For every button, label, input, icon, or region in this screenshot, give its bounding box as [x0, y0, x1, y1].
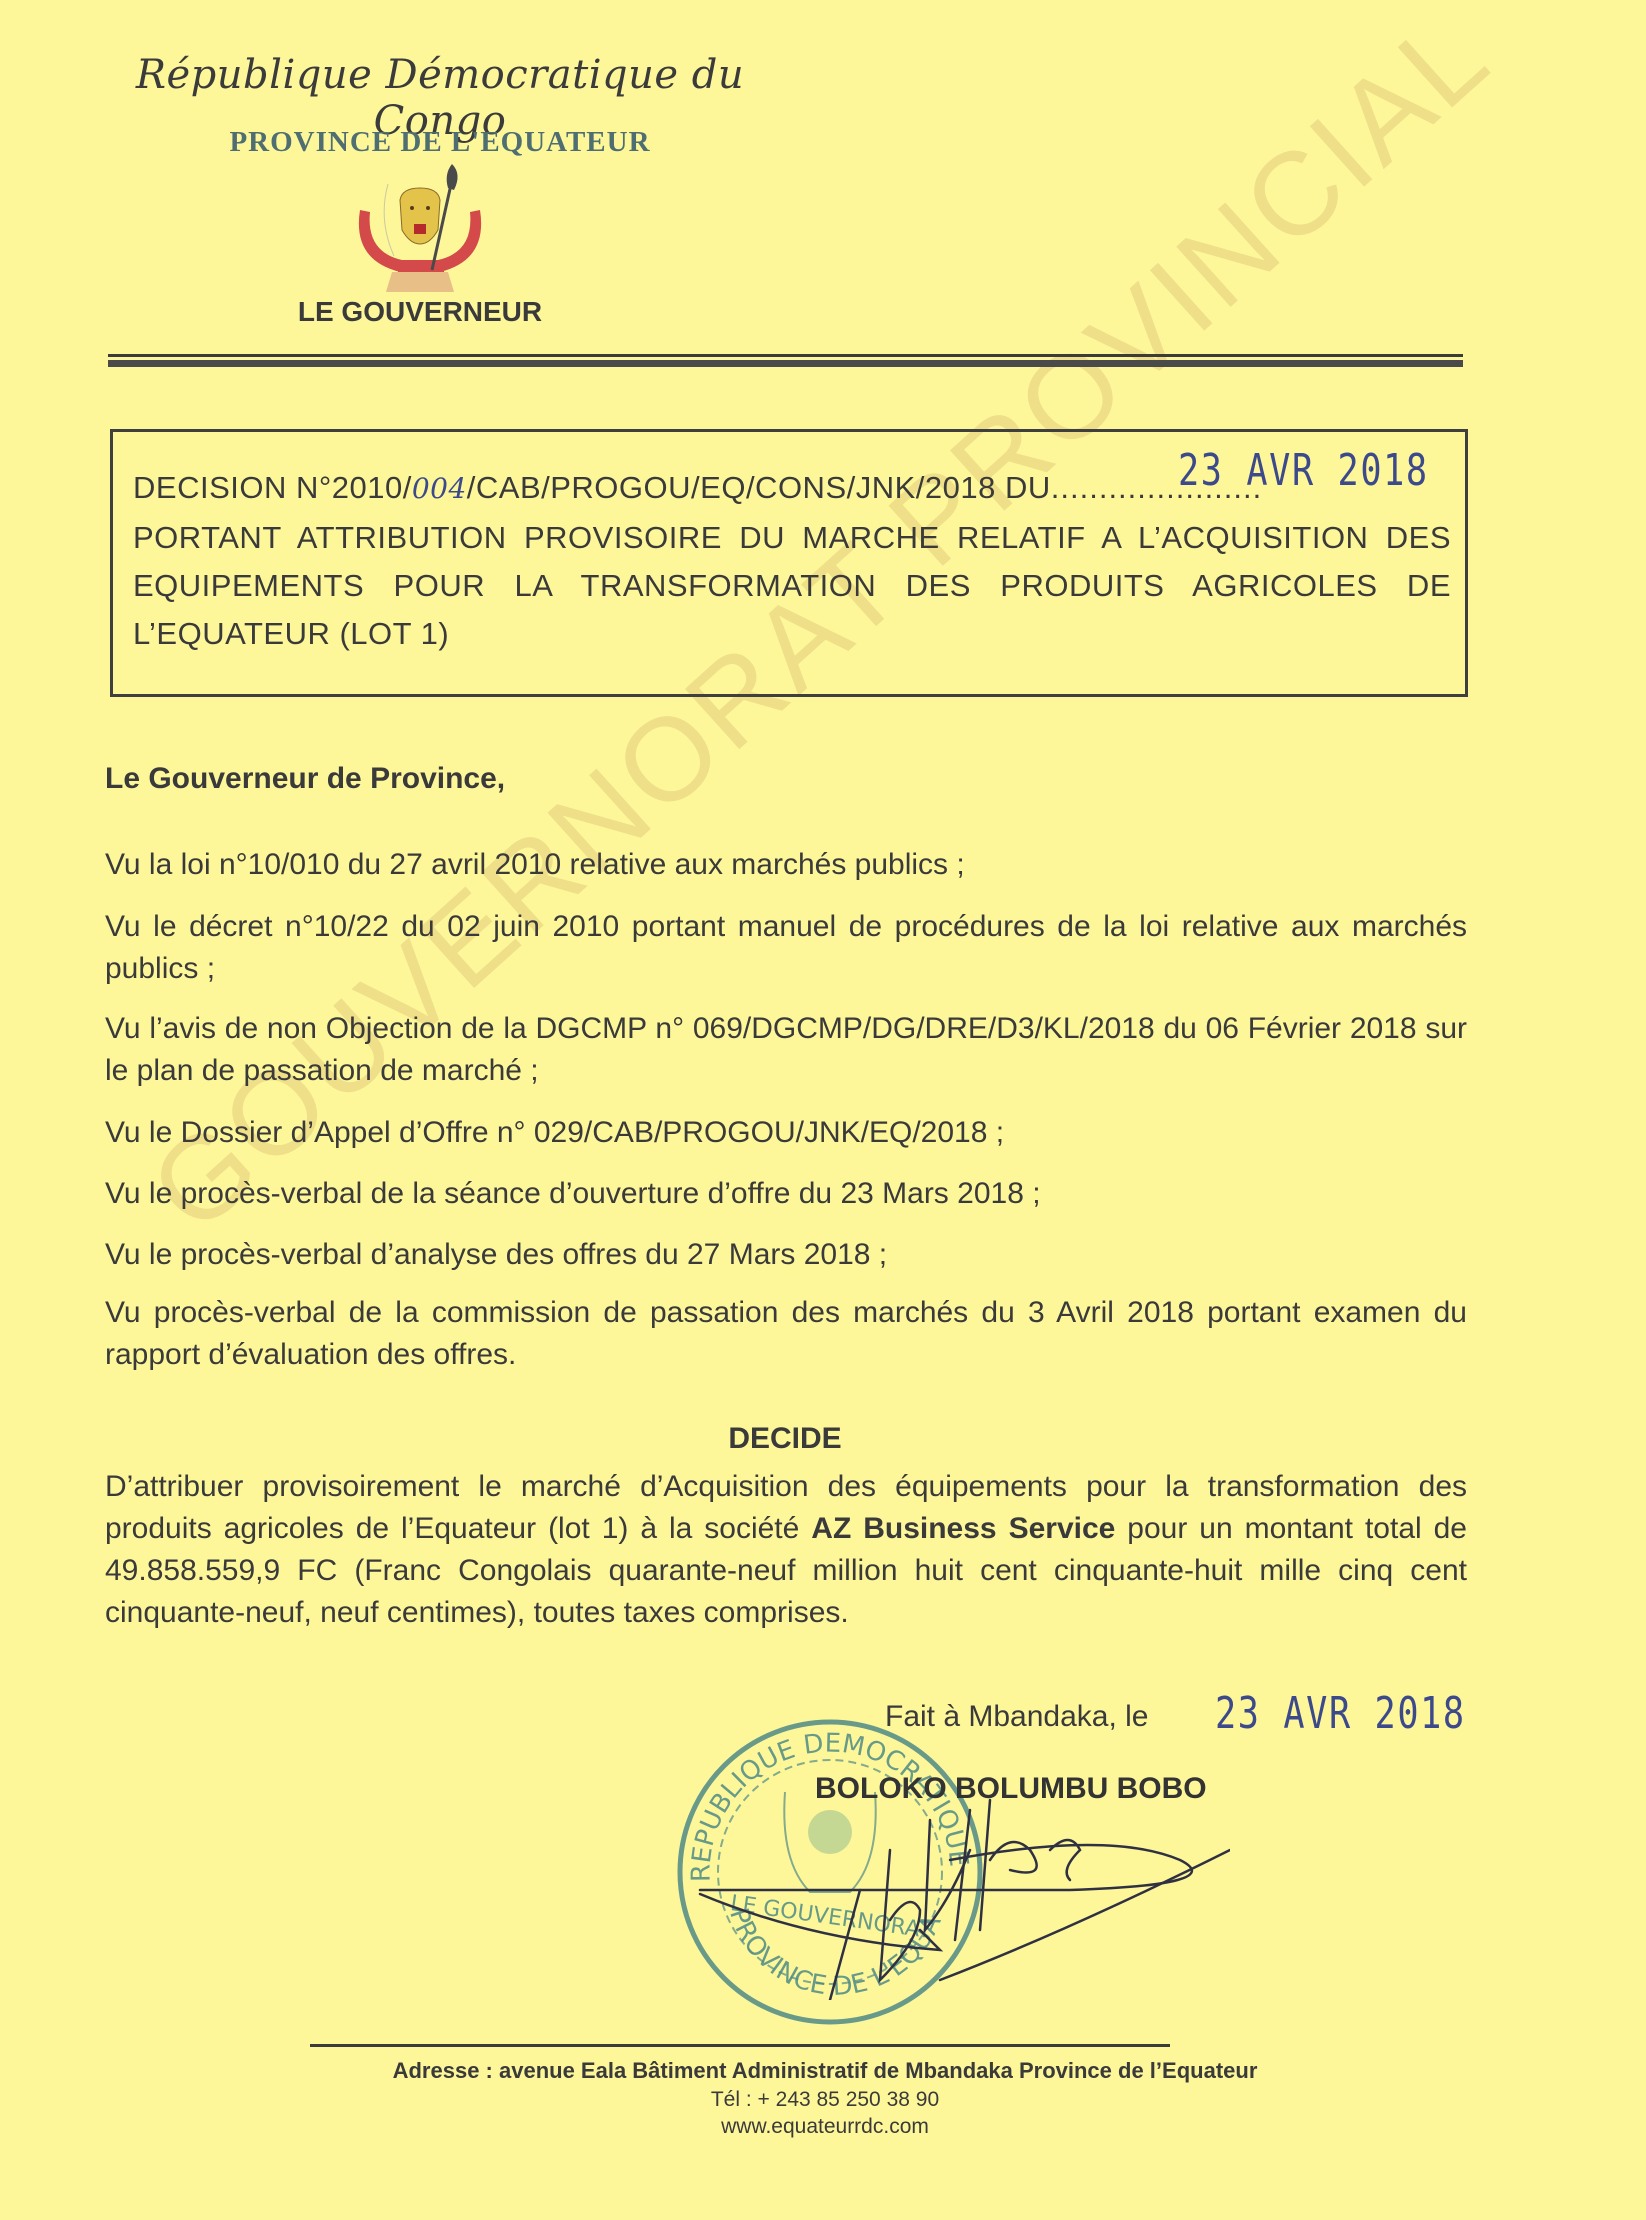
- handwritten-signature-icon: [690, 1790, 1230, 2000]
- handwritten-number: 004: [412, 472, 467, 505]
- consideration-2: Vu le décret n°10/22 du 02 juin 2010 por…: [105, 906, 1467, 990]
- signature-stamped-date: 23 AVR 2018: [1215, 1688, 1466, 1739]
- province-title: PROVINCE DE L'EQUATEUR: [140, 126, 740, 159]
- awarded-company: AZ Business Service: [811, 1512, 1115, 1545]
- decision-stamped-date: 23 AVR 2018: [1178, 445, 1429, 496]
- office-title: LE GOUVERNEUR: [200, 296, 640, 328]
- footer-divider: [310, 2044, 1170, 2047]
- place-date-label: Fait à Mbandaka, le: [885, 1700, 1148, 1734]
- decision-title-line-3: L’EQUATEUR (LOT 1): [133, 616, 449, 652]
- footer-address: Adresse : avenue Eala Bâtiment Administr…: [200, 2058, 1450, 2084]
- decision-article: D’attribuer provisoirement le marché d’A…: [105, 1466, 1467, 1634]
- footer-phone: Tél : + 243 85 250 38 90: [200, 2088, 1450, 2112]
- consideration-1: Vu la loi n°10/010 du 27 avril 2010 rela…: [105, 844, 1467, 886]
- greeting: Le Gouverneur de Province,: [105, 758, 505, 800]
- consideration-7: Vu procès-verbal de la commission de pas…: [105, 1292, 1467, 1376]
- decision-reference: DECISION N°2010/004/CAB/PROGOU/EQ/CONS/J…: [133, 470, 1262, 506]
- consideration-6: Vu le procès-verbal d’analyse des offres…: [105, 1234, 1467, 1276]
- consideration-5: Vu le procès-verbal de la séance d’ouver…: [105, 1173, 1467, 1215]
- consideration-3: Vu l’avis de non Objection de la DGCMP n…: [105, 1008, 1467, 1092]
- decide-heading: DECIDE: [0, 1418, 1570, 1460]
- consideration-4: Vu le Dossier d’Appel d’Offre n° 029/CAB…: [105, 1112, 1467, 1154]
- header-divider: [108, 354, 1463, 357]
- coat-of-arms-icon: [330, 160, 510, 295]
- decision-suffix: /CAB/PROGOU/EQ/CONS/JNK/2018 DU: [467, 470, 1051, 505]
- decision-title-line-1: PORTANT ATTRIBUTION PROVISOIRE DU MARCHE…: [133, 520, 1451, 556]
- header-divider-thick: [108, 360, 1463, 367]
- footer-website[interactable]: www.equateurrdc.com: [200, 2115, 1450, 2139]
- decision-title-line-2: EQUIPEMENTS POUR LA TRANSFORMATION DES P…: [133, 568, 1451, 604]
- decision-prefix: DECISION N°2010/: [133, 470, 412, 505]
